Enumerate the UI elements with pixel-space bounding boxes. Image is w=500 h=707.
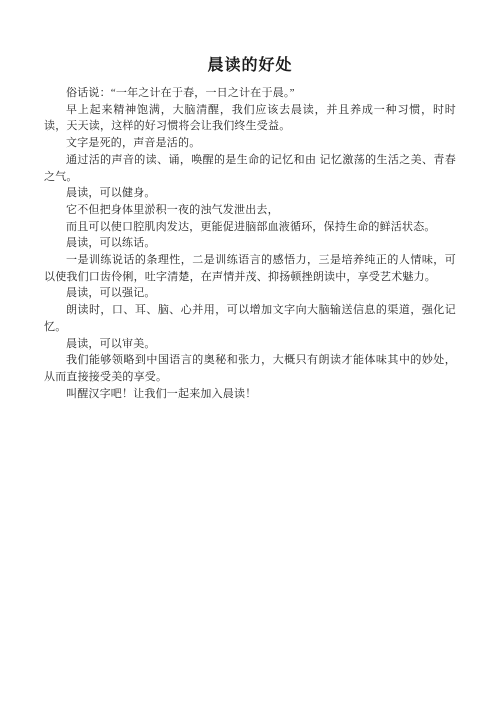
page-title: 晨读的好处 [44,55,456,77]
paragraph: 晨读，可以强记。 [44,285,456,302]
paragraph: 朗读时，口、耳、脑、心并用，可以增加文字向大脑输送信息的渠道，强化记忆。 [44,302,456,335]
paragraph: 晨读，可以审美。 [44,336,456,353]
paragraph: 而且可以使口腔肌肉发达，更能促进脑部血液循环，保持生命的鲜活状态。 [44,219,456,236]
paragraph: 一是训练说话的条理性，二是训练语言的感悟力，三是培养纯正的人情味，可以使我们口齿… [44,252,456,285]
paragraph: 晨读，可以健身。 [44,185,456,202]
document-page: 晨读的好处 俗话说：“一年之计在于春，一日之计在于晨。” 早上起来精神饱满，大脑… [0,0,500,707]
paragraph: 通过活的声音的读、诵，唤醒的是生命的记忆和由 记忆激荡的生活之美、青春之气。 [44,152,456,185]
paragraph: 文字是死的，声音是活的。 [44,135,456,152]
paragraph: 晨读，可以练话。 [44,235,456,252]
paragraph: 我们能够领略到中国语言的奥秘和张力，大概只有朗读才能体味其中的妙处，从而直接接受… [44,352,456,385]
paragraph: 早上起来精神饱满，大脑清醒，我们应该去晨读，并且养成一种习惯，时时读，天天读，这… [44,102,456,135]
paragraph: 它不但把身体里淤积一夜的浊气发泄出去， [44,202,456,219]
paragraph: 叫醒汉字吧！让我们一起来加入晨读！ [44,386,456,403]
paragraph: 俗话说：“一年之计在于春，一日之计在于晨。” [44,85,456,102]
